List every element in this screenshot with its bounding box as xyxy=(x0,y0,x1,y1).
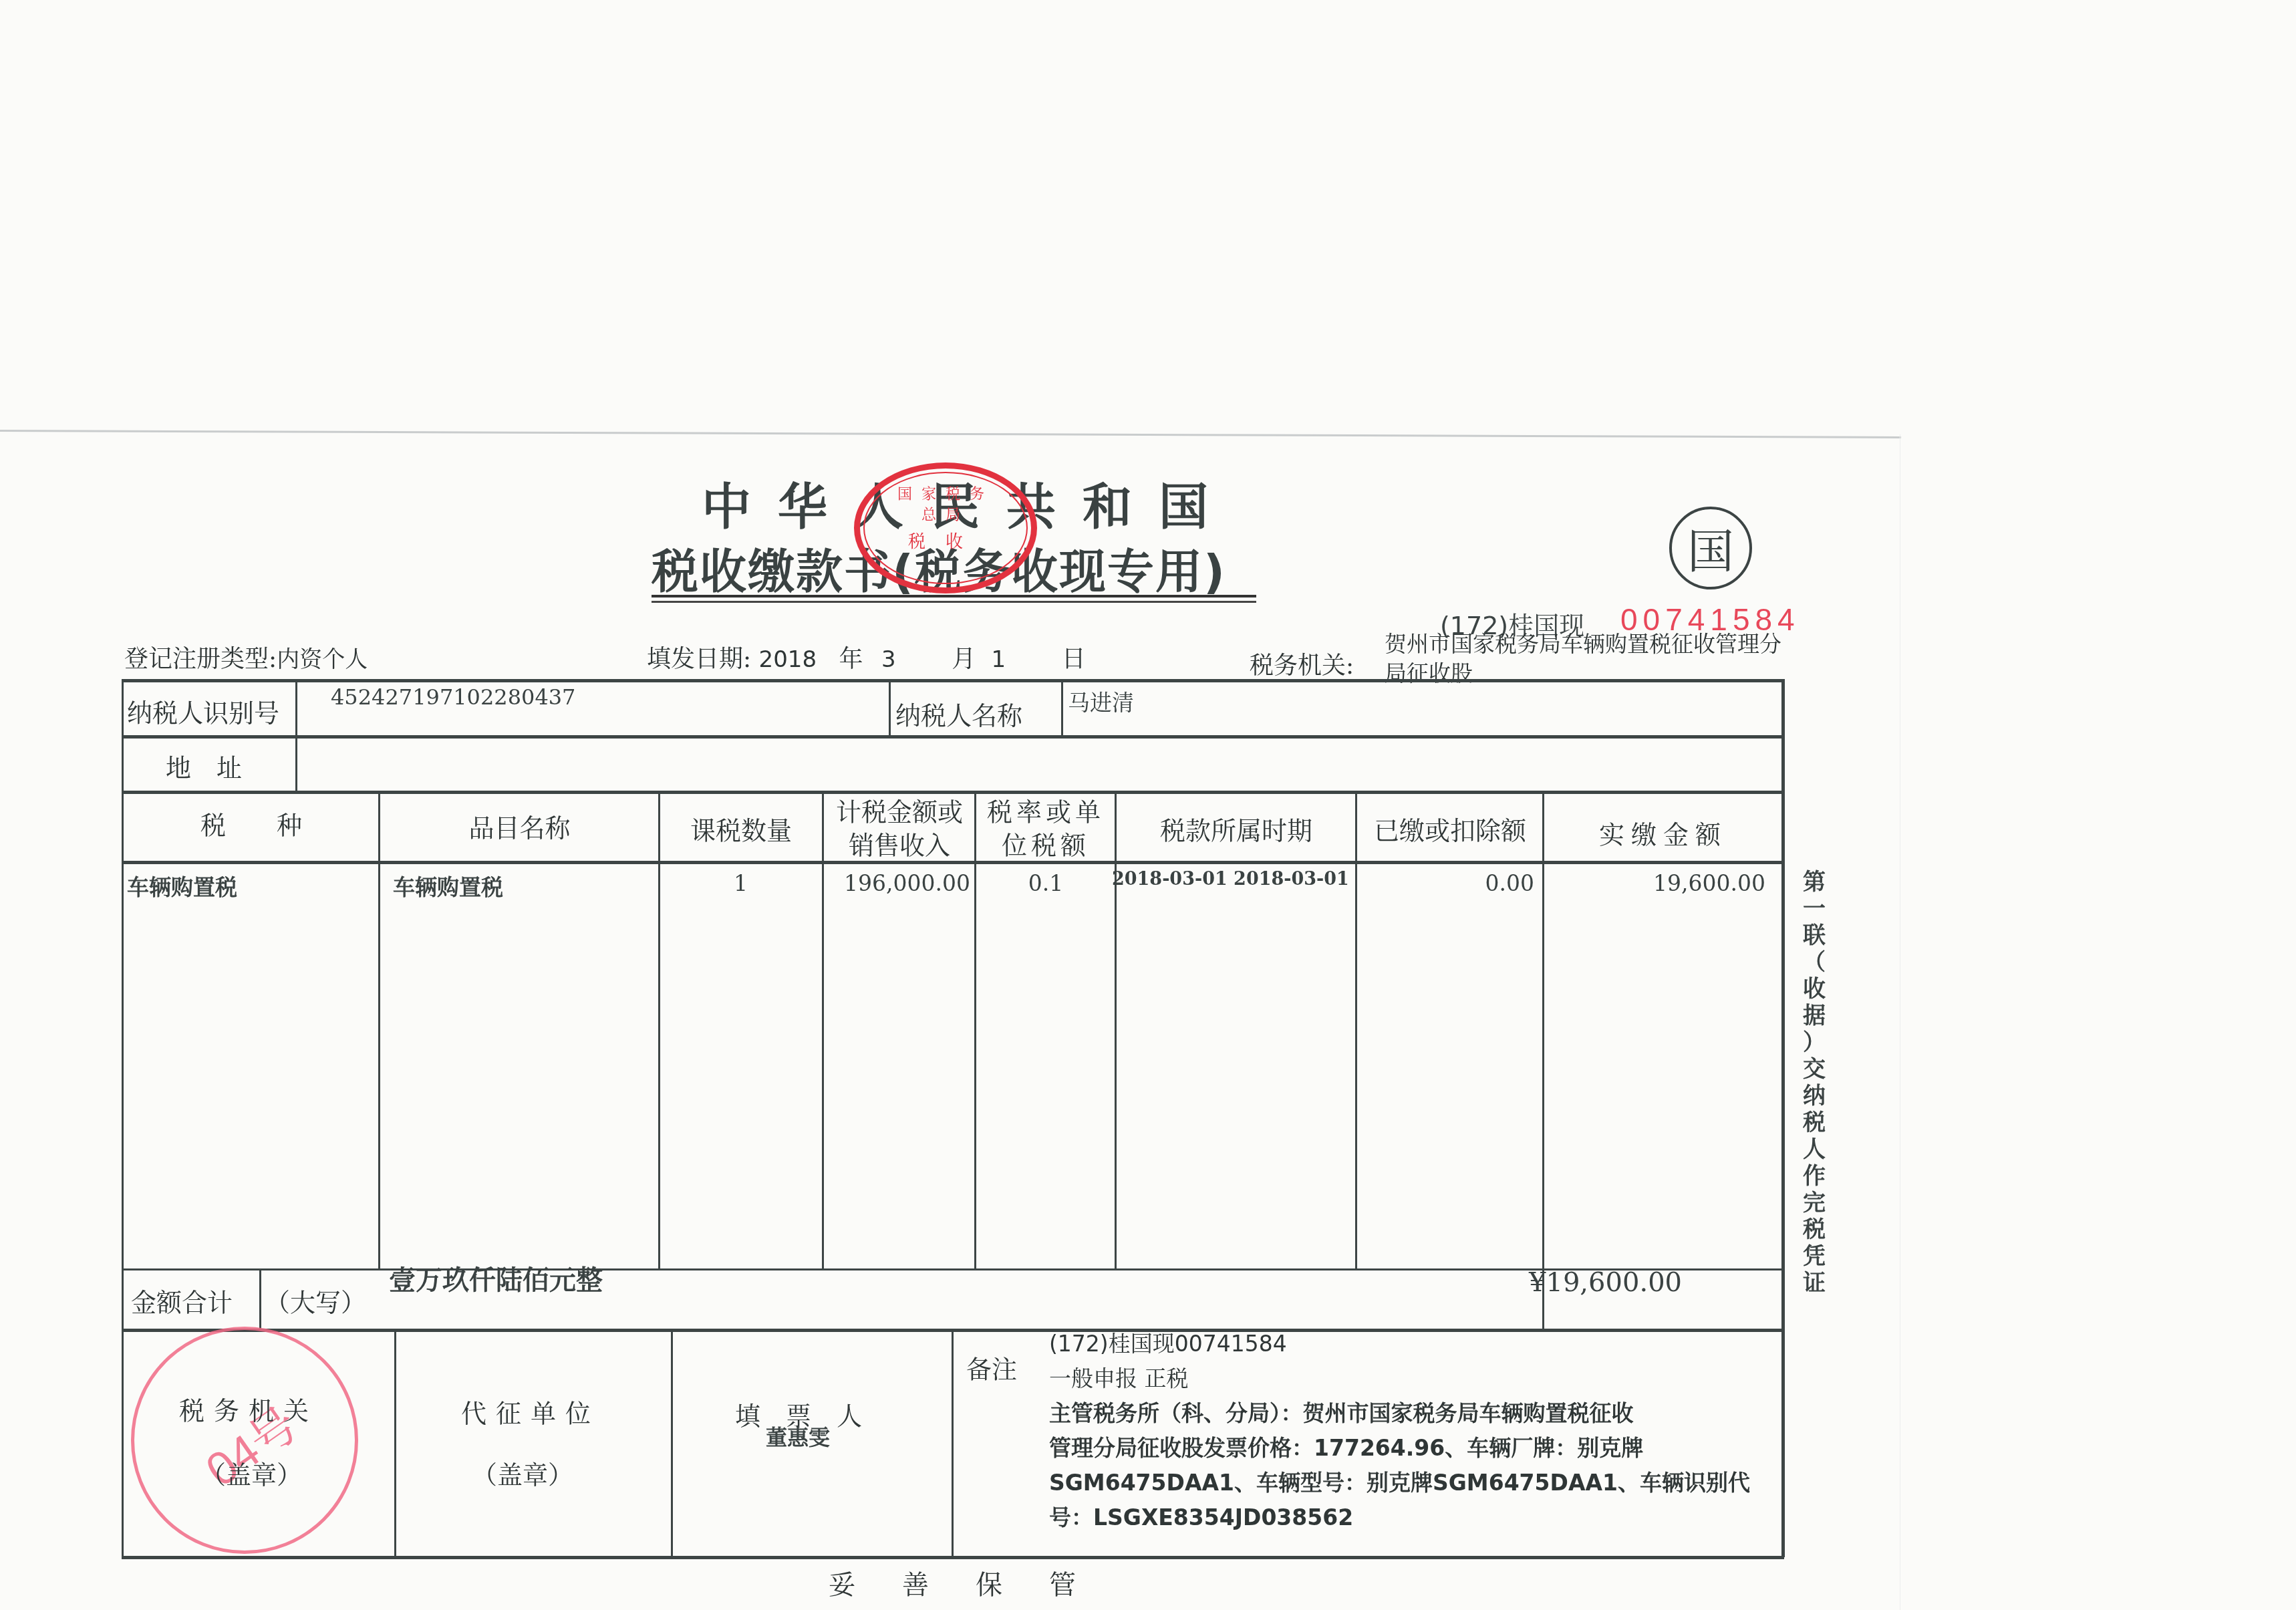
col-divider xyxy=(378,791,380,1269)
remarks-line: 一般申报 正税 xyxy=(1049,1361,1750,1396)
column-header-rate: 税率或单位税额 xyxy=(977,795,1115,862)
total-label: 金额合计 xyxy=(131,1282,233,1319)
supervision-seal-center-text: 税收 xyxy=(889,528,1002,553)
paper-edge-right xyxy=(1900,434,1900,1610)
table-right-border xyxy=(1781,679,1785,1557)
col-divider xyxy=(952,1329,954,1557)
row-paid-or-deducted: 0.00 xyxy=(1358,870,1534,896)
column-header-paid-or-deducted: 已缴或扣除额 xyxy=(1358,814,1542,847)
total-numeric-value: ¥19,600.00 xyxy=(1529,1267,1682,1298)
taxpayer-id-label: 纳税人识别号 xyxy=(127,692,279,729)
copy-designation-note: 第一联（收据）交纳税人作完税凭证 xyxy=(1798,869,1831,1297)
title-underline-2 xyxy=(652,601,1256,603)
day-unit: 日 xyxy=(1062,646,1086,673)
issue-date: 填发日期: 2018 年 3 月 1 日 xyxy=(647,640,1086,674)
row-item-name: 车辆购置税 xyxy=(393,870,503,902)
agent-label: 代征单位 xyxy=(461,1393,600,1430)
col-divider xyxy=(974,791,976,1269)
tax-authority-stamp-label: （盖章） xyxy=(200,1454,302,1491)
col-divider xyxy=(889,679,891,736)
registration-type-value: 内资个人 xyxy=(277,646,368,673)
table-left-border xyxy=(122,679,124,1557)
total-uppercase-value: 壹万玖仟陆佰元整 xyxy=(389,1259,603,1297)
month-unit: 月 xyxy=(952,646,976,673)
address-label: 地 址 xyxy=(166,747,242,784)
column-header-actual-amount: 实缴金额 xyxy=(1545,818,1781,851)
col-divider xyxy=(671,1329,673,1557)
remarks-content: (172)桂国现00741584 一般申报 正税 主管税务所（科、分局）：贺州市… xyxy=(1049,1327,1750,1535)
col-divider xyxy=(1115,791,1117,1269)
taxpayer-name-value: 马进清 xyxy=(1068,686,1134,717)
registration-type-label: 登记注册类型: xyxy=(124,646,277,673)
remarks-line: SGM6475DAA1、车辆型号：别克牌SGM6475DAA1、车辆识别代 xyxy=(1049,1466,1750,1500)
column-header-tax-type: 税 种 xyxy=(124,809,378,842)
row-actual-amount: 19,600.00 xyxy=(1545,870,1765,896)
national-tax-circle-icon: 国 xyxy=(1669,507,1752,589)
year-unit: 年 xyxy=(839,646,863,673)
taxpayer-id-value: 452427197102280437 xyxy=(331,684,575,710)
issuer-name: 董惠雯 xyxy=(766,1421,830,1452)
row-tax-type: 车辆购置税 xyxy=(127,870,237,902)
issue-day: 1 xyxy=(992,646,1006,673)
row-rate: 0.1 xyxy=(977,870,1115,896)
remarks-line: 主管税务所（科、分局）：贺州市国家税务局车辆购置税征收 xyxy=(1049,1396,1750,1431)
col-divider xyxy=(1542,791,1544,1330)
issue-date-label: 填发日期: xyxy=(647,646,751,673)
tax-authority-label: 税务机关: xyxy=(1250,647,1354,681)
col-divider xyxy=(1355,791,1357,1269)
col-divider xyxy=(394,1329,396,1557)
tax-authority-sign-label: 税务机关 xyxy=(179,1390,318,1427)
column-header-taxable-amount: 计税金额或销售收入 xyxy=(825,795,974,862)
row-divider xyxy=(122,791,1784,794)
table-top-border xyxy=(122,679,1784,682)
row-period: 2018-03-01 2018-03-01 xyxy=(1112,869,1349,890)
col-divider xyxy=(822,791,824,1269)
title-underline xyxy=(652,595,1256,597)
remarks-line: 号：LSGXE8354JD038562 xyxy=(1049,1500,1750,1535)
remarks-line: 管理分局征收股发票价格：177264.96、车辆厂牌：别克牌 xyxy=(1049,1431,1750,1466)
col-divider xyxy=(259,1268,261,1330)
remarks-label: 备注 xyxy=(966,1349,1017,1385)
supervision-seal-ring-text: 国家税务总局 xyxy=(889,483,1002,524)
col-divider xyxy=(1061,679,1063,736)
issue-year: 2018 xyxy=(759,646,817,673)
issue-month: 3 xyxy=(881,646,896,673)
paper-edge-top xyxy=(0,430,1901,438)
remarks-line: (172)桂国现00741584 xyxy=(1049,1327,1750,1361)
column-header-item-name: 品目名称 xyxy=(381,811,658,845)
row-quantity: 1 xyxy=(734,870,748,896)
registration-type: 登记注册类型:内资个人 xyxy=(124,640,368,674)
taxpayer-name-label: 纳税人名称 xyxy=(895,695,1022,732)
col-divider xyxy=(658,791,660,1269)
row-divider xyxy=(122,735,1784,739)
footer-keep-safe: 妥善保管 xyxy=(829,1564,1123,1602)
col-divider xyxy=(295,679,297,791)
column-header-quantity: 课税数量 xyxy=(660,814,822,847)
total-uppercase-label: （大写） xyxy=(265,1282,366,1319)
row-taxable-amount: 196,000.00 xyxy=(825,870,970,896)
column-header-period: 税款所属时期 xyxy=(1117,814,1355,847)
agent-stamp-label: （盖章） xyxy=(472,1454,573,1491)
